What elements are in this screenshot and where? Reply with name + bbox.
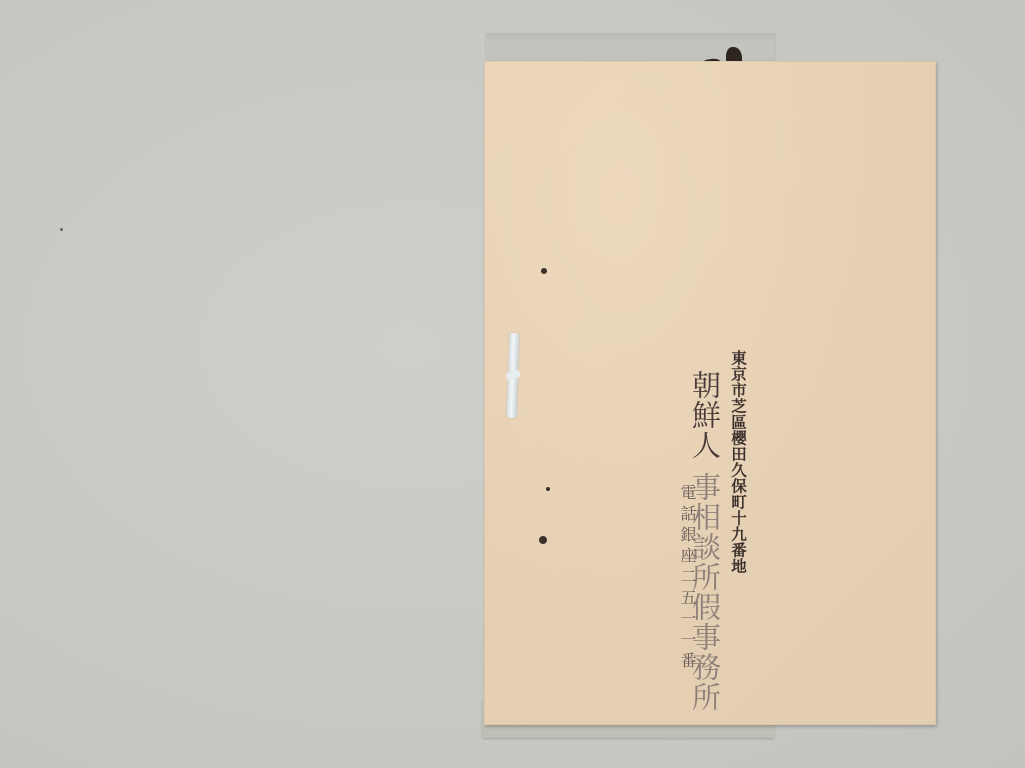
binding-hole	[539, 536, 547, 544]
dust-speck	[60, 228, 63, 231]
organization-name-part1: 朝鮮人	[690, 370, 719, 460]
binding-hole	[541, 268, 547, 274]
phone-number-text: 電話銀座二五一一番	[676, 484, 699, 673]
address-text: 東京市芝區櫻田久保町十九番地	[727, 350, 749, 574]
binding-hole	[546, 487, 550, 491]
